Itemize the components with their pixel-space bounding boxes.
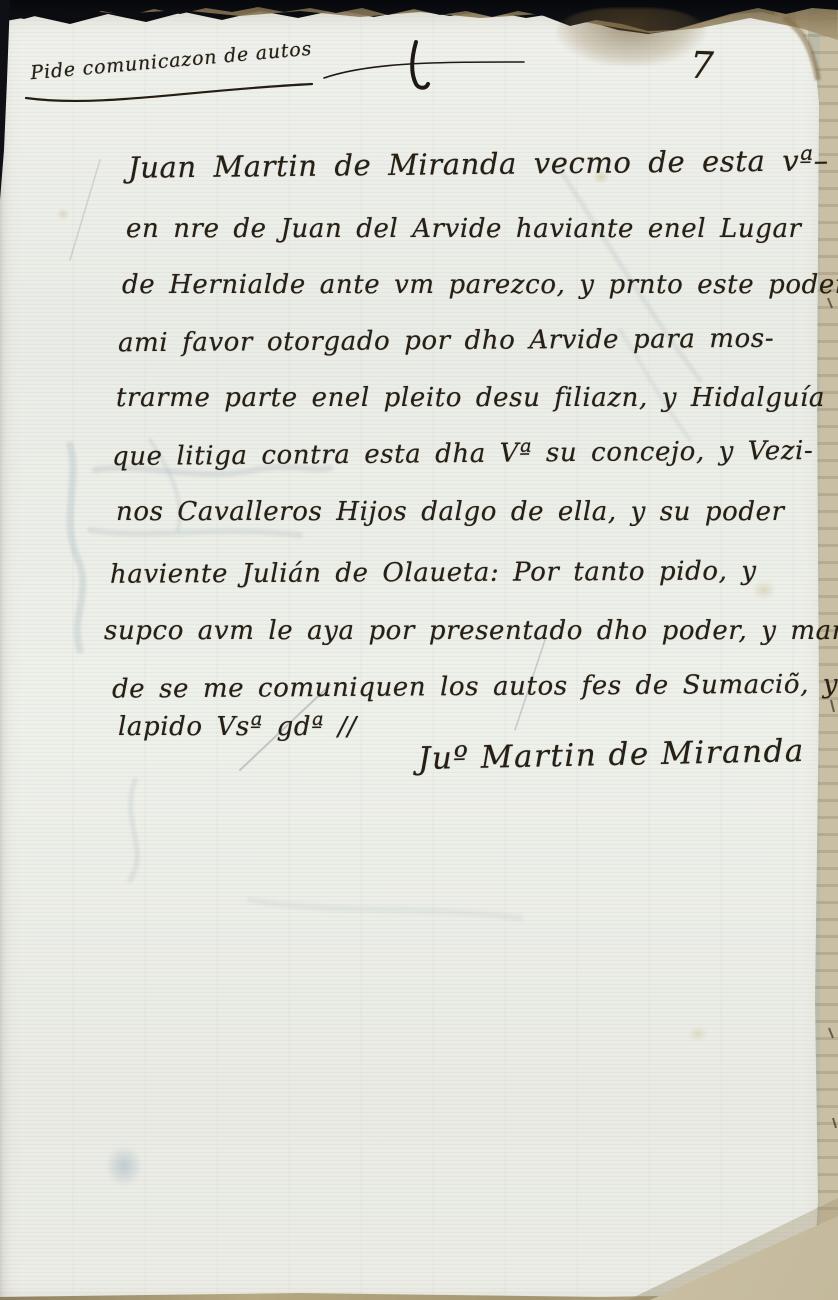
manuscript-line: de se me comuniquen los autos fes de Sum… [112,669,838,704]
manuscript-line: Juan Martin de Miranda vecmo de esta vª– [128,143,829,184]
manuscript-line: de Hernialde ante vm parezco, y prnto es… [122,270,838,300]
manuscript-text-layer: Pide comunicazon de autos 7 Juan Martin … [0,0,838,1300]
manuscript-line: trarme parte enel pleito desu filiazn, y… [116,383,825,413]
signature: Juº Martin de Miranda [418,733,806,777]
manuscript-scan: Pide comunicazon de autos 7 Juan Martin … [0,0,838,1300]
manuscript-line: lapido Vsª gdª // [118,712,357,742]
invocation-cross-icon [320,36,530,94]
page-number: 7 [689,44,714,88]
manuscript-line: supco avm le aya por presentado dho pode… [104,616,838,646]
manuscript-line: ami favor otorgado por dho Arvide para m… [118,324,774,359]
manuscript-line: haviente Julián de Olaueta: Por tanto pi… [110,556,757,589]
manuscript-line: en nre de Juan del Arvide haviante enel … [126,214,802,244]
manuscript-line: que litiga contra esta dha Vª su concejo… [112,436,814,472]
margin-note-flourish [20,78,320,108]
manuscript-line: nos Cavalleros Hijos dalgo de ella, y su… [116,497,785,527]
